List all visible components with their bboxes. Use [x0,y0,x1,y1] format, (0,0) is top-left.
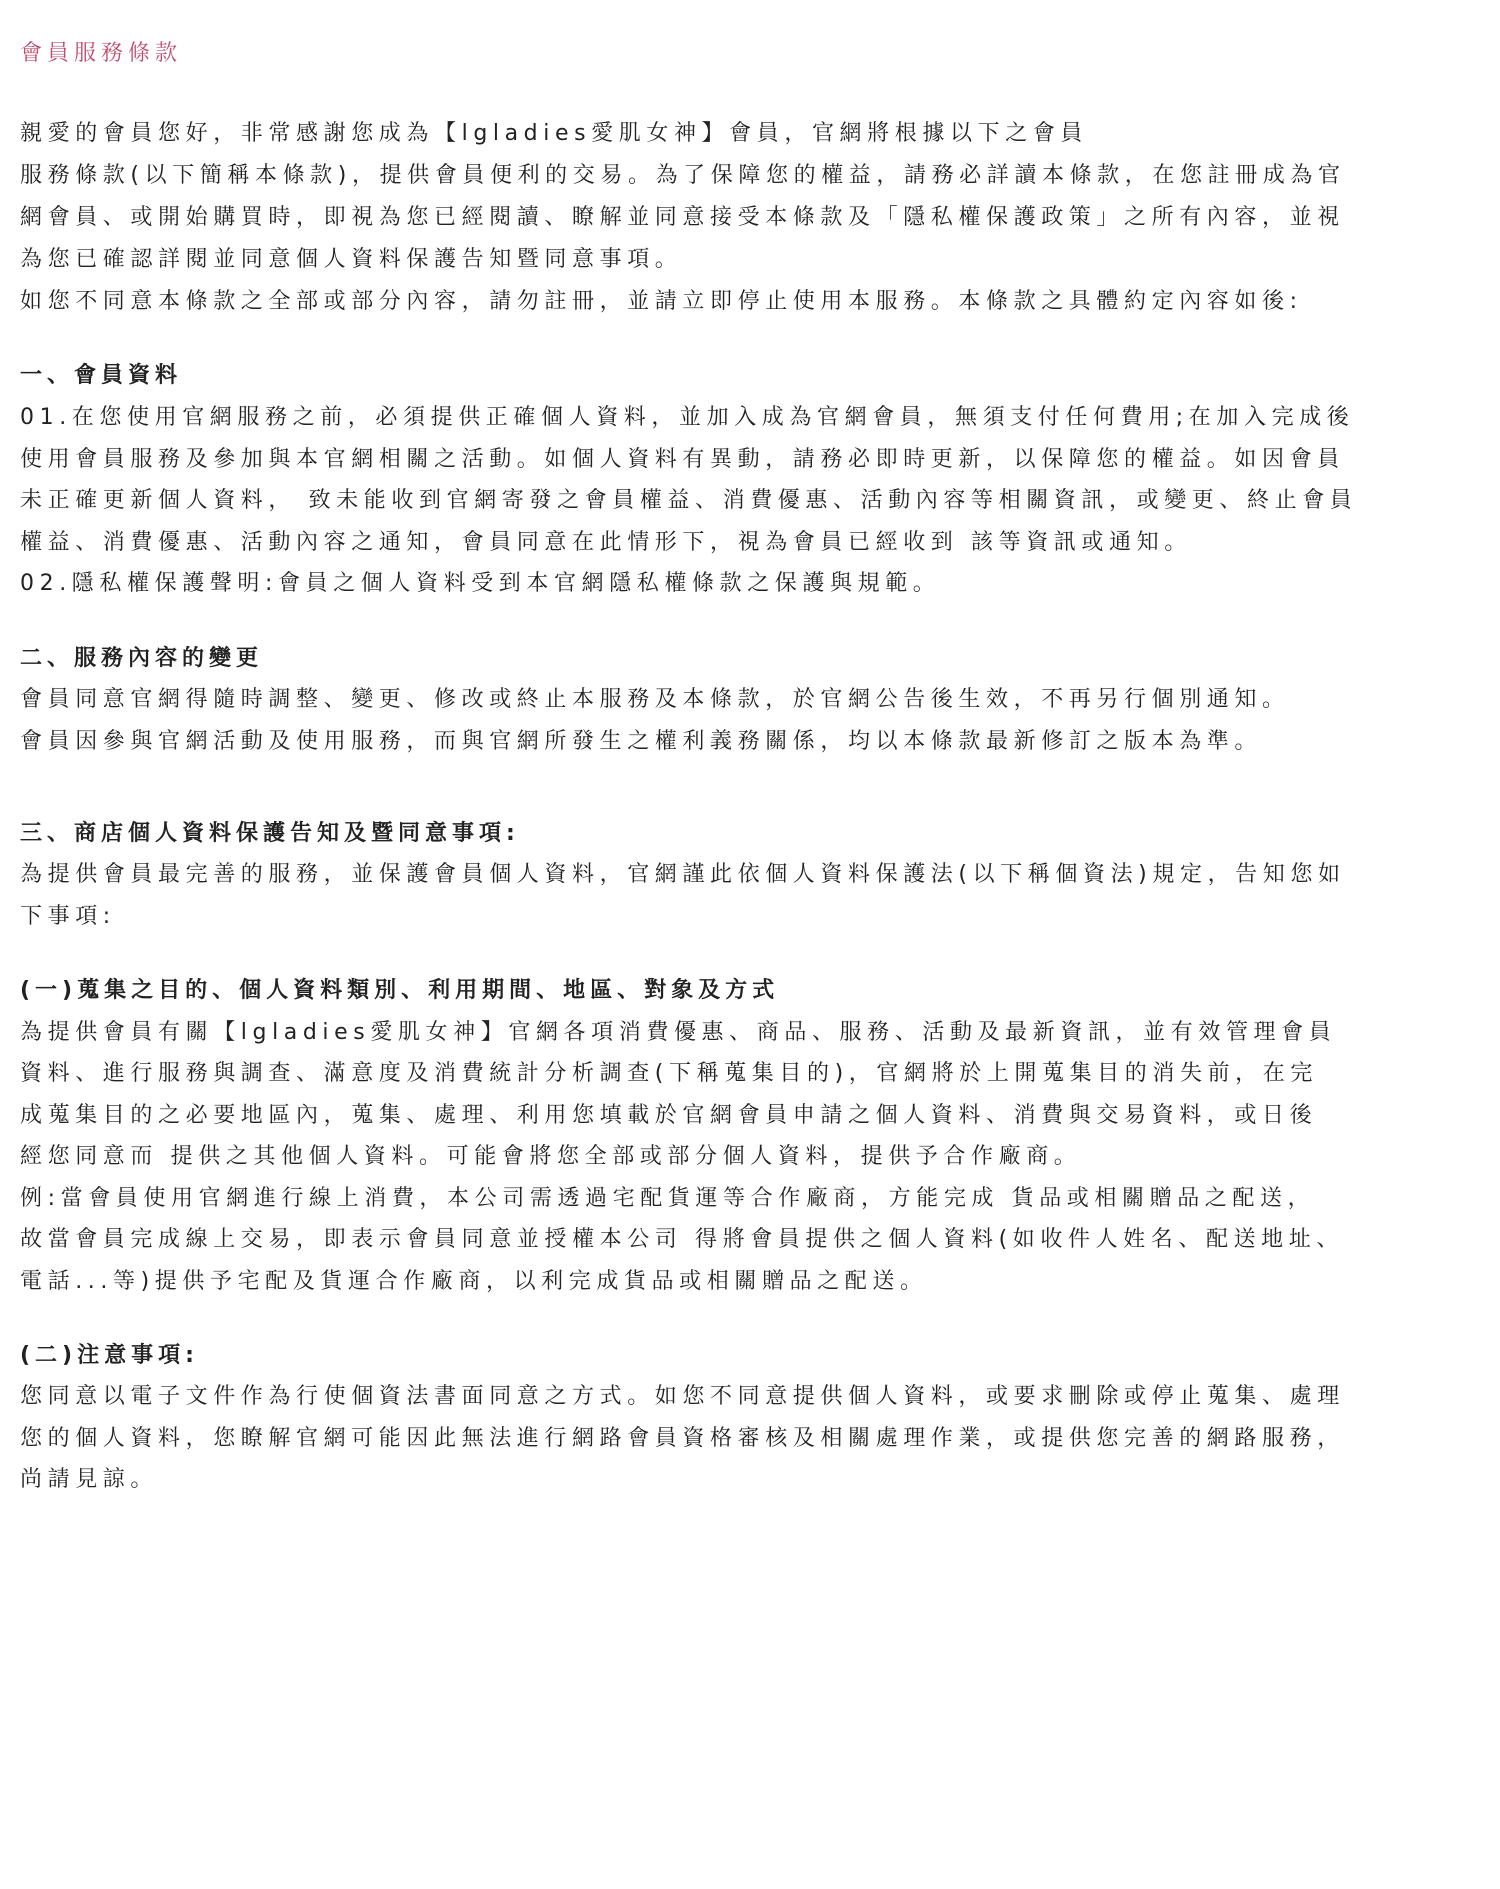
section-line: 使用會員服務及參加與本官網相關之活動。如個人資料有異動，請務必即時更新，以保障您… [20,445,1345,475]
intro-line: 親愛的會員您好，非常感謝您成為【lgladies愛肌女神】會員，官網將根據以下之… [20,119,1088,149]
section-line: 未正確更新個人資料， 致未能收到官網寄發之會員權益、消費優惠、活動內容等相關資訊… [20,486,1357,516]
subsection-line: 例:當會員使用官網進行線上消費，本公司需透過宅配貨運等合作廠商，方能完成 貨品或… [20,1184,1315,1214]
section-line: 會員同意官網得隨時調整、變更、修改或終止本服務及本條款，於官網公告後生效，不再另… [20,685,1290,715]
subsection-line: 故當會員完成線上交易，即表示會員同意並授權本公司 得將會員提供之個人資料(如收件… [20,1225,1344,1255]
section-heading: 二、服務內容的變更 [20,644,263,674]
subsection-line: 您同意以電子文件作為行使個資法書面同意之方式。如您不同意提供個人資料，或要求刪除… [20,1382,1345,1412]
subsection-line: 為提供會員有關【lgladies愛肌女神】官網各項消費優惠、商品、服務、活動及最… [20,1018,1336,1048]
subsection-heading: (二)注意事項: [20,1341,199,1371]
subsection-line: 成蒐集目的之必要地區內，蒐集、處理、利用您填載於官網會員申請之個人資料、消費與交… [20,1101,1317,1131]
intro-line: 網會員、或開始購買時，即視為您已經閱讀、瞭解並同意接受本條款及「隱私權保護政策」… [20,203,1345,233]
subsection-line: 尚請見諒。 [20,1465,158,1495]
section-line: 權益、消費優惠、活動內容之通知，會員同意在此情形下，視為會員已經收到 該等資訊或… [20,528,1192,558]
intro-line: 為您已確認詳閱並同意個人資料保護告知暨同意事項。 [20,245,682,275]
section-line: 為提供會員最完善的服務，並保護會員個人資料，官網謹此依個人資料保護法(以下稱個資… [20,860,1346,890]
section-heading: 一、會員資料 [20,361,182,391]
section-line: 01.在您使用官網服務之前，必須提供正確個人資料，並加入成為官網會員，無須支付任… [20,403,1354,433]
intro-line: 如您不同意本條款之全部或部分內容，請勿註冊，並請立即停止使用本服務。本條款之具體… [20,287,1303,317]
subsection-line: 經您同意而 提供之其他個人資料。可能會將您全部或部分個人資料，提供予合作廠商。 [20,1142,1081,1172]
subsection-line: 電話...等)提供予宅配及貨運合作廠商，以利完成貨品或相關贈品之配送。 [20,1267,928,1297]
page-title: 會員服務條款 [20,36,182,67]
intro-line: 服務條款(以下簡稱本條款)，提供會員便利的交易。為了保障您的權益，請務必詳讀本條… [20,161,1346,191]
section-line: 下事項: [20,902,116,932]
subsection-heading: (一)蒐集之目的、個人資料類別、利用期間、地區、對象及方式 [20,976,779,1006]
subsection-line: 您的個人資料，您瞭解官網可能因此無法進行網路會員資格審核及相關處理作業，或提供您… [20,1424,1345,1454]
section-line: 會員因參與官網活動及使用服務，而與官網所發生之權利義務關係，均以本條款最新修訂之… [20,727,1262,757]
subsection-line: 資料、進行服務與調查、滿意度及消費統計分析調查(下稱蒐集目的)，官網將於上開蒐集… [20,1059,1318,1089]
section-heading: 三、商店個人資料保護告知及暨同意事項: [20,819,520,849]
section-line: 02.隱私權保護聲明:會員之個人資料受到本官網隱私權條款之保護與規範。 [20,569,940,599]
